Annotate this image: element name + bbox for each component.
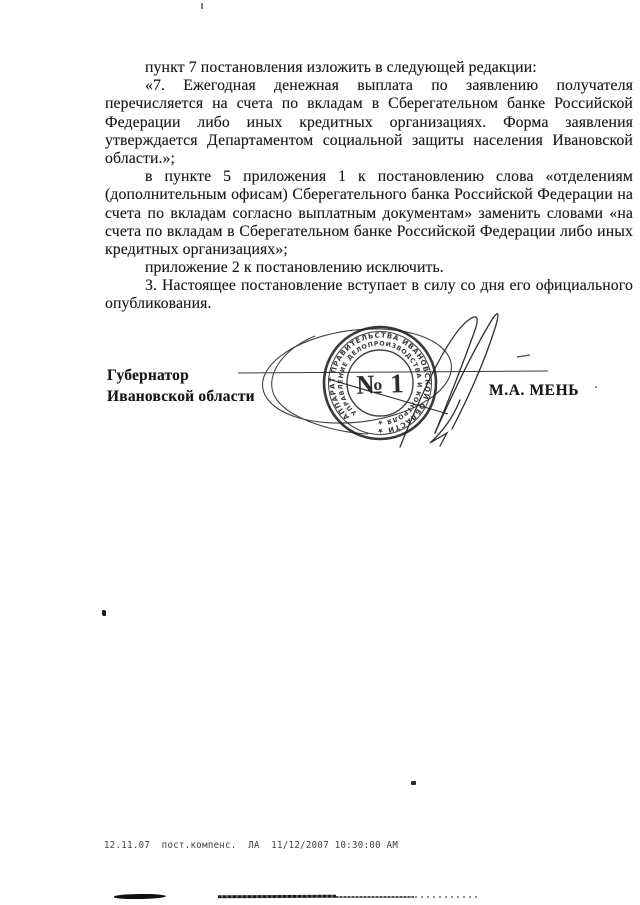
document-text-line: Федерации либо иных кредитных организаци… (105, 114, 633, 132)
document-text-line: перечисляется на счета по вкладам в Сбер… (105, 95, 633, 113)
scan-artifact-bottom-blob (114, 894, 166, 900)
document-text-line: (дополнительным офисам) Сберегательного … (105, 186, 633, 204)
document-text-line: приложение 2 к постановлению исключить. (105, 259, 633, 277)
document-text-line: пункт 7 постановления изложить в следующ… (105, 59, 633, 77)
document-text-line: «7. Ежегодная денежная выплата по заявле… (105, 77, 633, 95)
pen-dash-mark (517, 355, 530, 357)
official-stamp-graphic: АППАРАТ ПРАВИТЕЛЬСТВА ИВАНОВСКОЙ ОБЛАСТИ… (230, 305, 560, 460)
document-text-line: 3. Настоящее постановление вступает в си… (105, 277, 633, 295)
document-text-line: области.»; (105, 150, 633, 168)
document-text-line: утверждается Департаментом социальной за… (105, 132, 633, 150)
seal-number: № 1 (356, 368, 404, 400)
scan-artifact-speck (102, 610, 106, 616)
scan-artifact-bottom-smudge (415, 896, 477, 898)
scan-artifact-top-tick (201, 3, 203, 9)
footer-annotation: 12.11.07 пост.компенс. ЛА 11/12/2007 10:… (104, 841, 398, 852)
document-text-line: счета по вкладам согласно выплатным доку… (105, 205, 633, 223)
round-seal: АППАРАТ ПРАВИТЕЛЬСТВА ИВАНОВСКОЙ ОБЛАСТИ… (307, 310, 453, 456)
scanned-document-page: пункт 7 постановления изложить в следующ… (0, 0, 640, 905)
scan-artifact-dot (595, 386, 597, 388)
document-body-text: пункт 7 постановления изложить в следующ… (105, 59, 633, 314)
scan-artifact-bottom-smudge (336, 896, 414, 898)
scan-artifact-speck (411, 781, 416, 785)
document-text-line: кредитных организациях»; (105, 241, 633, 259)
document-text-line: в пункте 5 приложения 1 к постановлению … (105, 168, 633, 186)
document-text-line: счета по вкладам в Сберегательном банке … (105, 223, 633, 241)
stamp-and-signature-area: АППАРАТ ПРАВИТЕЛЬСТВА ИВАНОВСКОЙ ОБЛАСТИ… (230, 305, 560, 460)
scan-artifact-bottom-smudge (218, 895, 336, 899)
